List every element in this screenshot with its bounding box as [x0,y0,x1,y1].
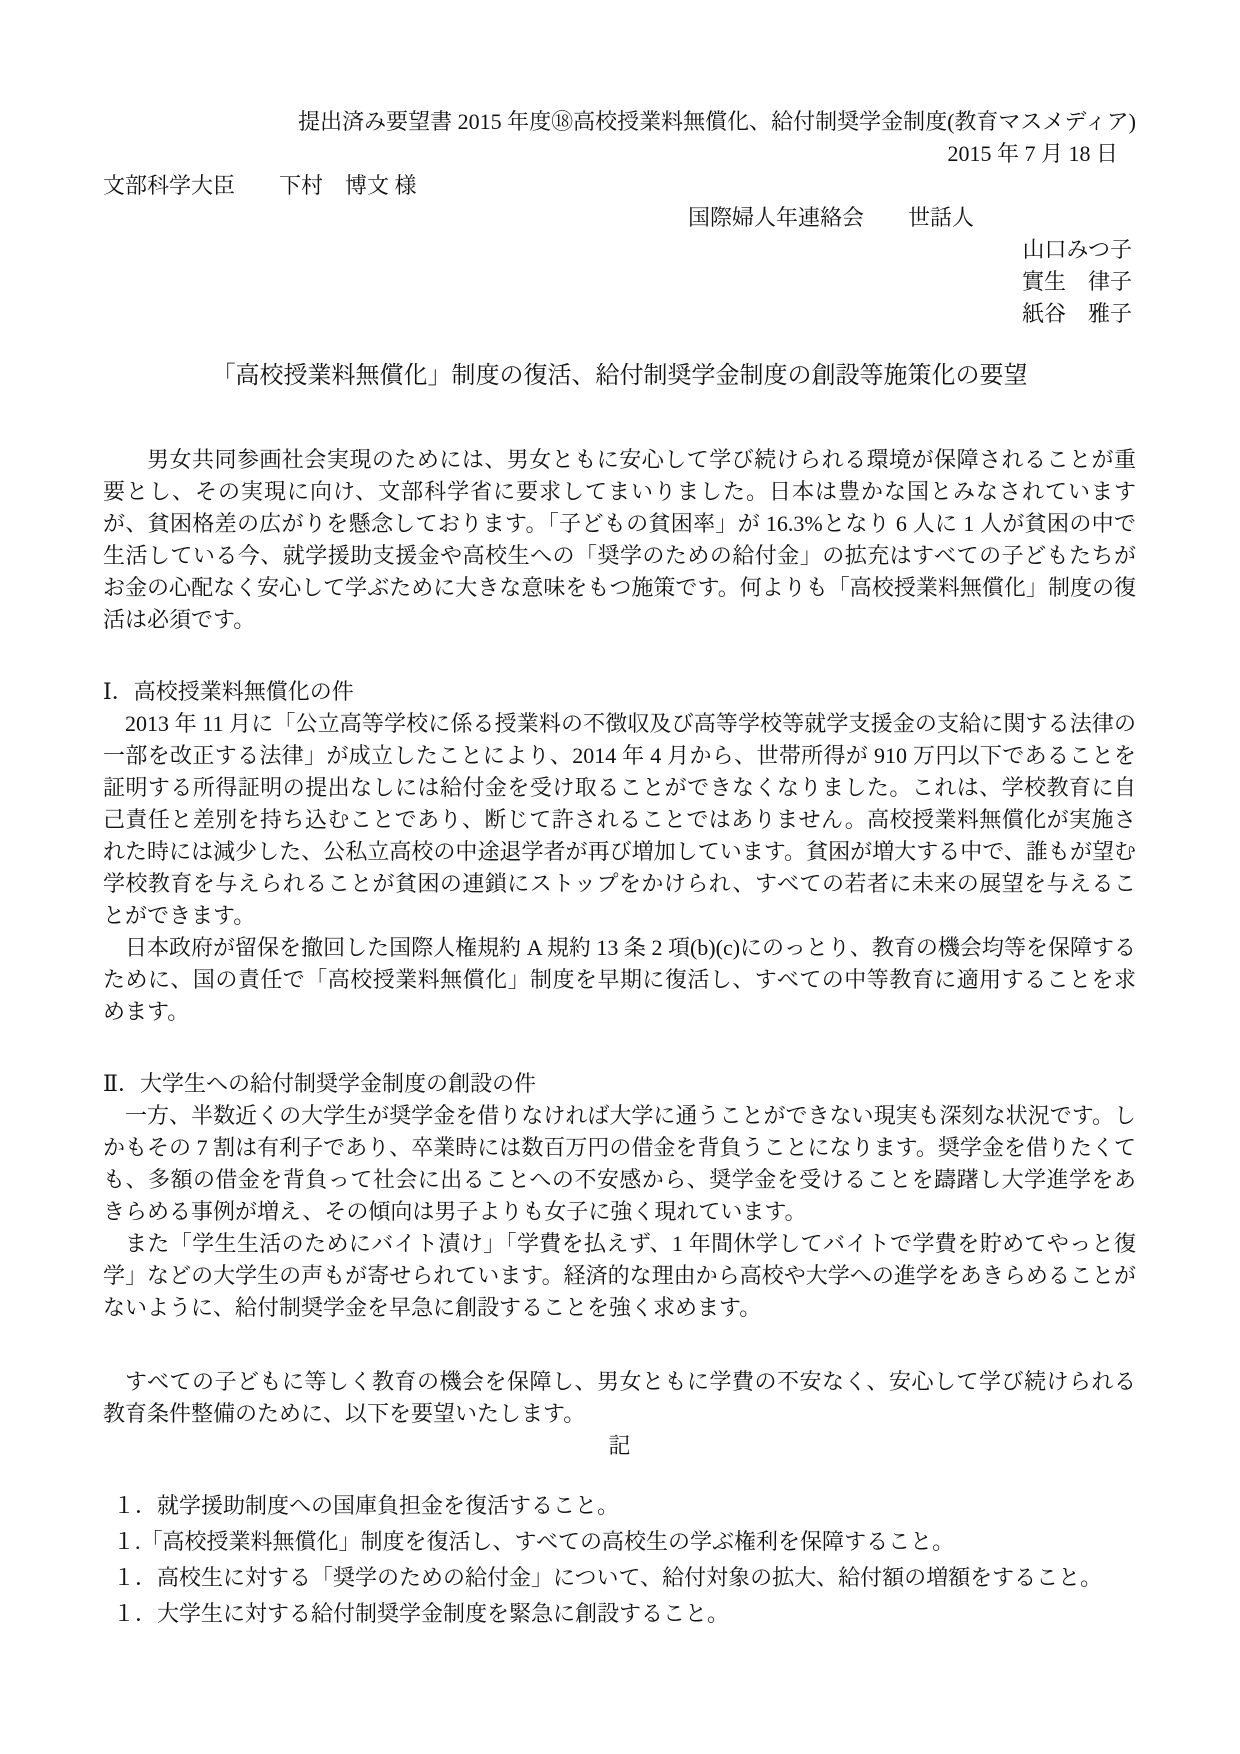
request-item: １．就学援助制度への国庫負担金を復活すること。 [103,1490,1136,1522]
section-1-heading: Ⅰ．高校授業料無償化の件 [103,676,1136,708]
addressee-line: 文部科学大臣 下村 博文 様 [103,170,1136,202]
document-page: 提出済み要望書 2015 年度⑱高校授業料無償化、給付制奨学金制度(教育マスメデ… [0,0,1240,1754]
document-date: 2015 年 7 月 18 日 [103,138,1136,170]
sender-organization: 国際婦人年連絡会 世話人 [103,202,1136,234]
header-note: 提出済み要望書 2015 年度⑱高校授業料無償化、給付制奨学金制度(教育マスメデ… [103,106,1136,138]
sender-name: 紙谷 雅子 [103,298,1136,330]
section-1: Ⅰ．高校授業料無償化の件 2013 年 11 月に「公立高等学校に係る授業料の不… [103,676,1136,1028]
sender-name: 山口みつ子 [103,234,1136,266]
sender-name: 實生 律子 [103,266,1136,298]
section-1-paragraph: 日本政府が留保を撤回した国際人権規約 A 規約 13 条 2 項(b)(c)にの… [103,932,1136,1028]
section-2-paragraph: 一方、半数近くの大学生が奨学金を借りなければ大学に通うことができない現実も深刻な… [103,1100,1136,1228]
section-2: Ⅱ．大学生への給付制奨学金制度の創設の件 一方、半数近くの大学生が奨学金を借りな… [103,1068,1136,1324]
intro-paragraph: 男女共同参画社会実現のためには、男女ともに安心して学び続けられる環境が保障される… [103,444,1136,636]
section-2-paragraph: また「学生生活のためにバイト漬け」「学費を払えず、1 年間休学してバイトで学費を… [103,1228,1136,1324]
closing-paragraph: すべての子どもに等しく教育の機会を保障し、男女ともに学費の不安なく、安心して学び… [103,1366,1136,1430]
section-1-paragraph: 2013 年 11 月に「公立高等学校に係る授業料の不徴収及び高等学校等就学支援… [103,708,1136,932]
request-item: １．高校生に対する「奨学のための給付金」について、給付対象の拡大、給付額の増額を… [103,1562,1136,1594]
request-list: １．就学援助制度への国庫負担金を復活すること。 １.「高校授業料無償化」制度を復… [103,1490,1136,1630]
section-2-heading: Ⅱ．大学生への給付制奨学金制度の創設の件 [103,1068,1136,1100]
ki-marker: 記 [103,1430,1136,1462]
request-item: １．大学生に対する給付制奨学金制度を緊急に創設すること。 [103,1598,1136,1630]
request-item: １.「高校授業料無償化」制度を復活し、すべての高校生の学ぶ権利を保障すること。 [103,1526,1136,1558]
document-title: 「高校授業料無償化」制度の復活、給付制奨学金制度の創設等施策化の要望 [103,360,1136,392]
